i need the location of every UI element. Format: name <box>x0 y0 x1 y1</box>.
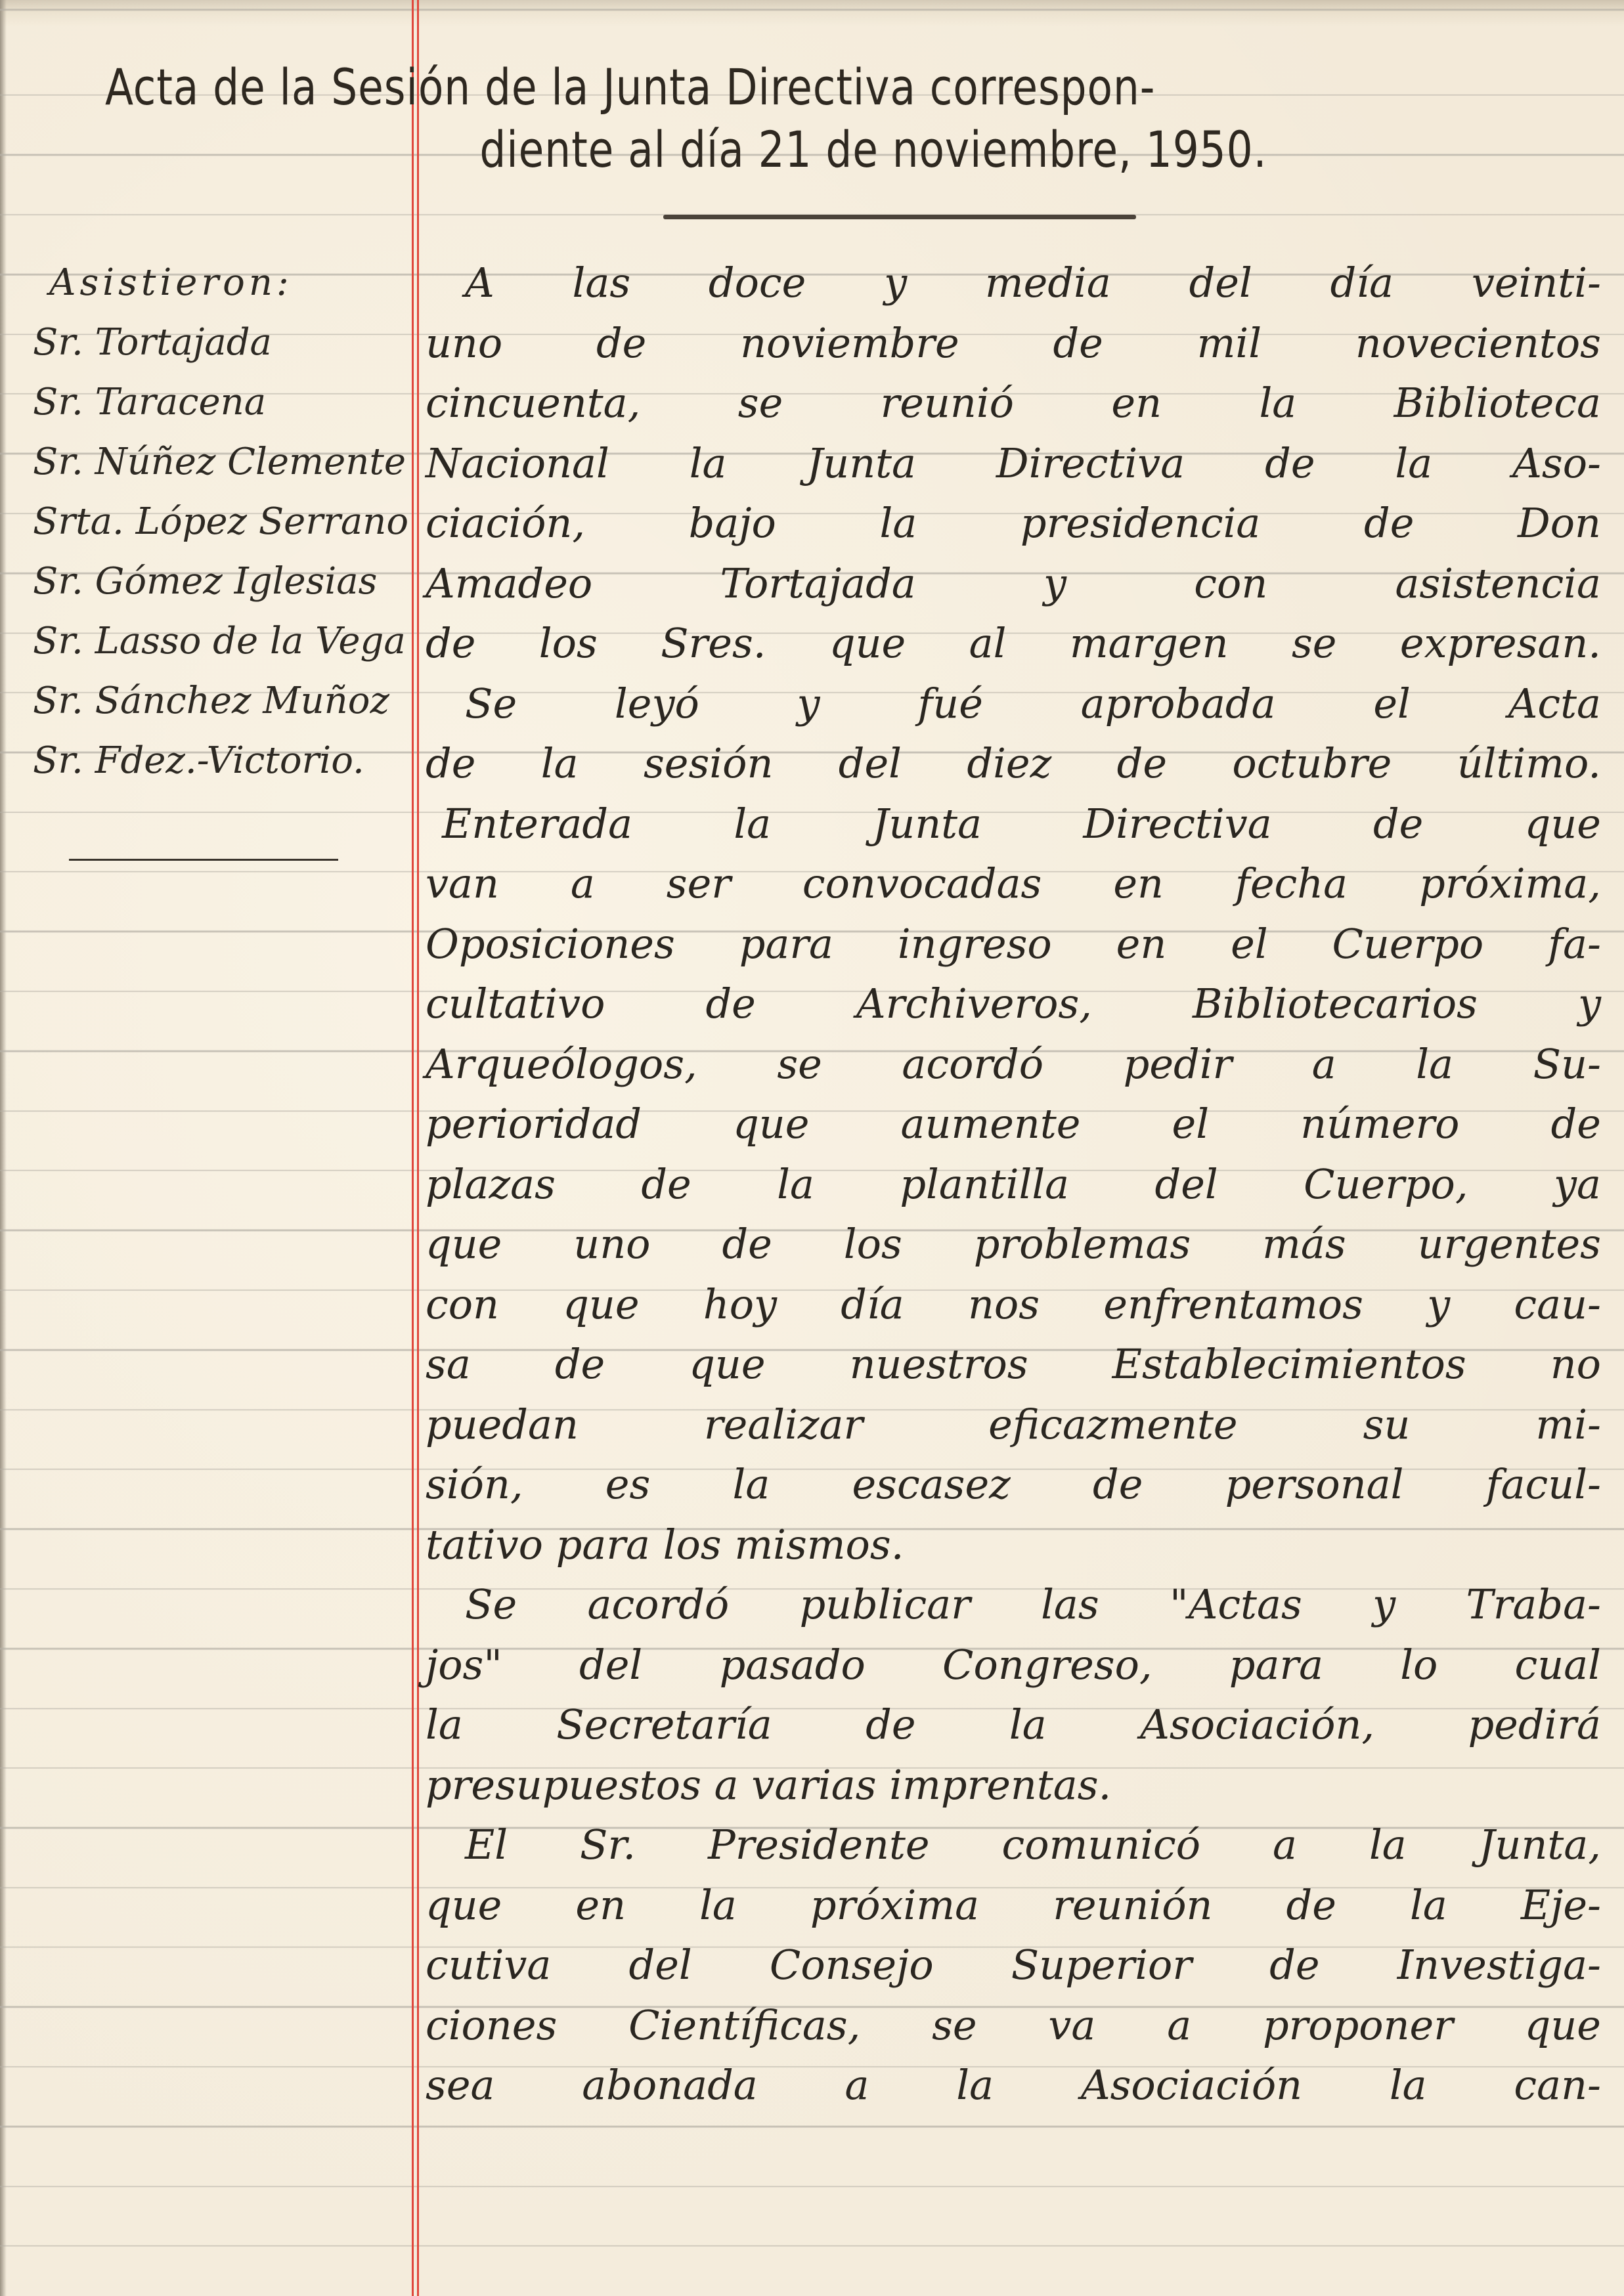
body-line: uno de noviembre de mil novecientos <box>426 313 1601 374</box>
body-line: A las doce y media del día vein­ti- <box>426 253 1601 313</box>
body-line: ciones Científicas, se va a proponer que <box>426 1995 1601 2056</box>
body-line: Nacional la Junta Directiva de la Aso- <box>426 433 1601 494</box>
body-line: Se acordó publicar las "Actas y Traba- <box>426 1574 1601 1635</box>
body-line: tativo para los mismos. <box>426 1515 1601 1575</box>
red-margin-line-left <box>412 0 414 2296</box>
body-line: cultativo de Archiveros, Bibliotecarios … <box>426 974 1601 1034</box>
body-line: la Secretaría de la Asociación, pedirá <box>426 1695 1601 1755</box>
body-line: presupuestos a varias imprentas. <box>426 1755 1601 1815</box>
attendee-name: Sr. Tortajada <box>33 313 410 372</box>
attendee-name: Sr. Gómez Iglesias <box>33 552 410 611</box>
body-line: cutiva del Consejo Superior de Investiga… <box>426 1935 1601 1995</box>
body-line: puedan realizar eficazmente su mi- <box>426 1395 1601 1455</box>
minutes-title: Acta de la Sesión de la Junta Directiva … <box>105 56 1464 181</box>
body-line: de la sesión del diez de octubre último. <box>426 733 1601 794</box>
attendee-name: Srta. López Serrano <box>33 492 410 552</box>
minutes-body: A las doce y media del día vein­ti- uno … <box>426 253 1601 2115</box>
attendee-name: Sr. Fdez.-Victorio. <box>33 731 410 791</box>
body-line: El Sr. Presidente comunicó a la Junta, <box>426 1815 1601 1875</box>
body-line: jos" del pasado Congreso, para lo cual <box>426 1635 1601 1695</box>
body-line: Oposiciones para ingreso en el Cuerpo fa… <box>426 914 1601 974</box>
body-line: perioridad que aumente el número de <box>426 1094 1601 1154</box>
title-line-2: diente al día 21 de noviembre, 1950. <box>105 118 1464 181</box>
attendees-divider <box>69 859 338 861</box>
body-line: que uno de los problemas más urgentes <box>426 1214 1601 1274</box>
body-line: con que hoy día nos enfrentamos y cau- <box>426 1274 1601 1335</box>
title-underline-divider <box>663 215 1136 219</box>
body-line: cincuenta, se reunió en la Biblioteca <box>426 373 1601 433</box>
attendee-name: Sr. Lasso de la Vega <box>33 611 410 671</box>
body-line: Se leyó y fué aprobada el Acta <box>426 674 1601 734</box>
attendee-name: Sr. Sánchez Muñoz <box>33 671 410 731</box>
body-line: Amadeo Tortajada y con asistencia <box>426 553 1601 614</box>
body-line: de los Sres. que al margen se expresan. <box>426 613 1601 674</box>
body-line: Enterada la Junta Directiva de que <box>426 794 1601 854</box>
attendee-name: Sr. Taracena <box>33 372 410 432</box>
body-line: ciación, bajo la presidencia de Don <box>426 493 1601 553</box>
red-margin-line-right <box>417 0 419 2296</box>
body-line: van a ser convocadas en fecha próxima, <box>426 854 1601 914</box>
body-line: Arqueólogos, se acordó pedir a la Su- <box>426 1034 1601 1094</box>
body-line: sión, es la escasez de personal facul- <box>426 1454 1601 1515</box>
attendees-heading: Asistieron: <box>33 253 410 313</box>
body-line: sa de que nuestros Establecimientos no <box>426 1334 1601 1395</box>
body-line: sea abonada a la Asociación la can- <box>426 2055 1601 2115</box>
title-line-1: Acta de la Sesión de la Junta Directiva … <box>105 56 1464 118</box>
attendee-name: Sr. Núñez Clemente <box>33 432 410 492</box>
attendees-margin-list: Asistieron: Sr. Tortajada Sr. Taracena S… <box>33 253 410 791</box>
body-line: plazas de la plantilla del Cuerpo, ya <box>426 1154 1601 1215</box>
body-line: que en la próxima reunión de la Eje- <box>426 1875 1601 1936</box>
